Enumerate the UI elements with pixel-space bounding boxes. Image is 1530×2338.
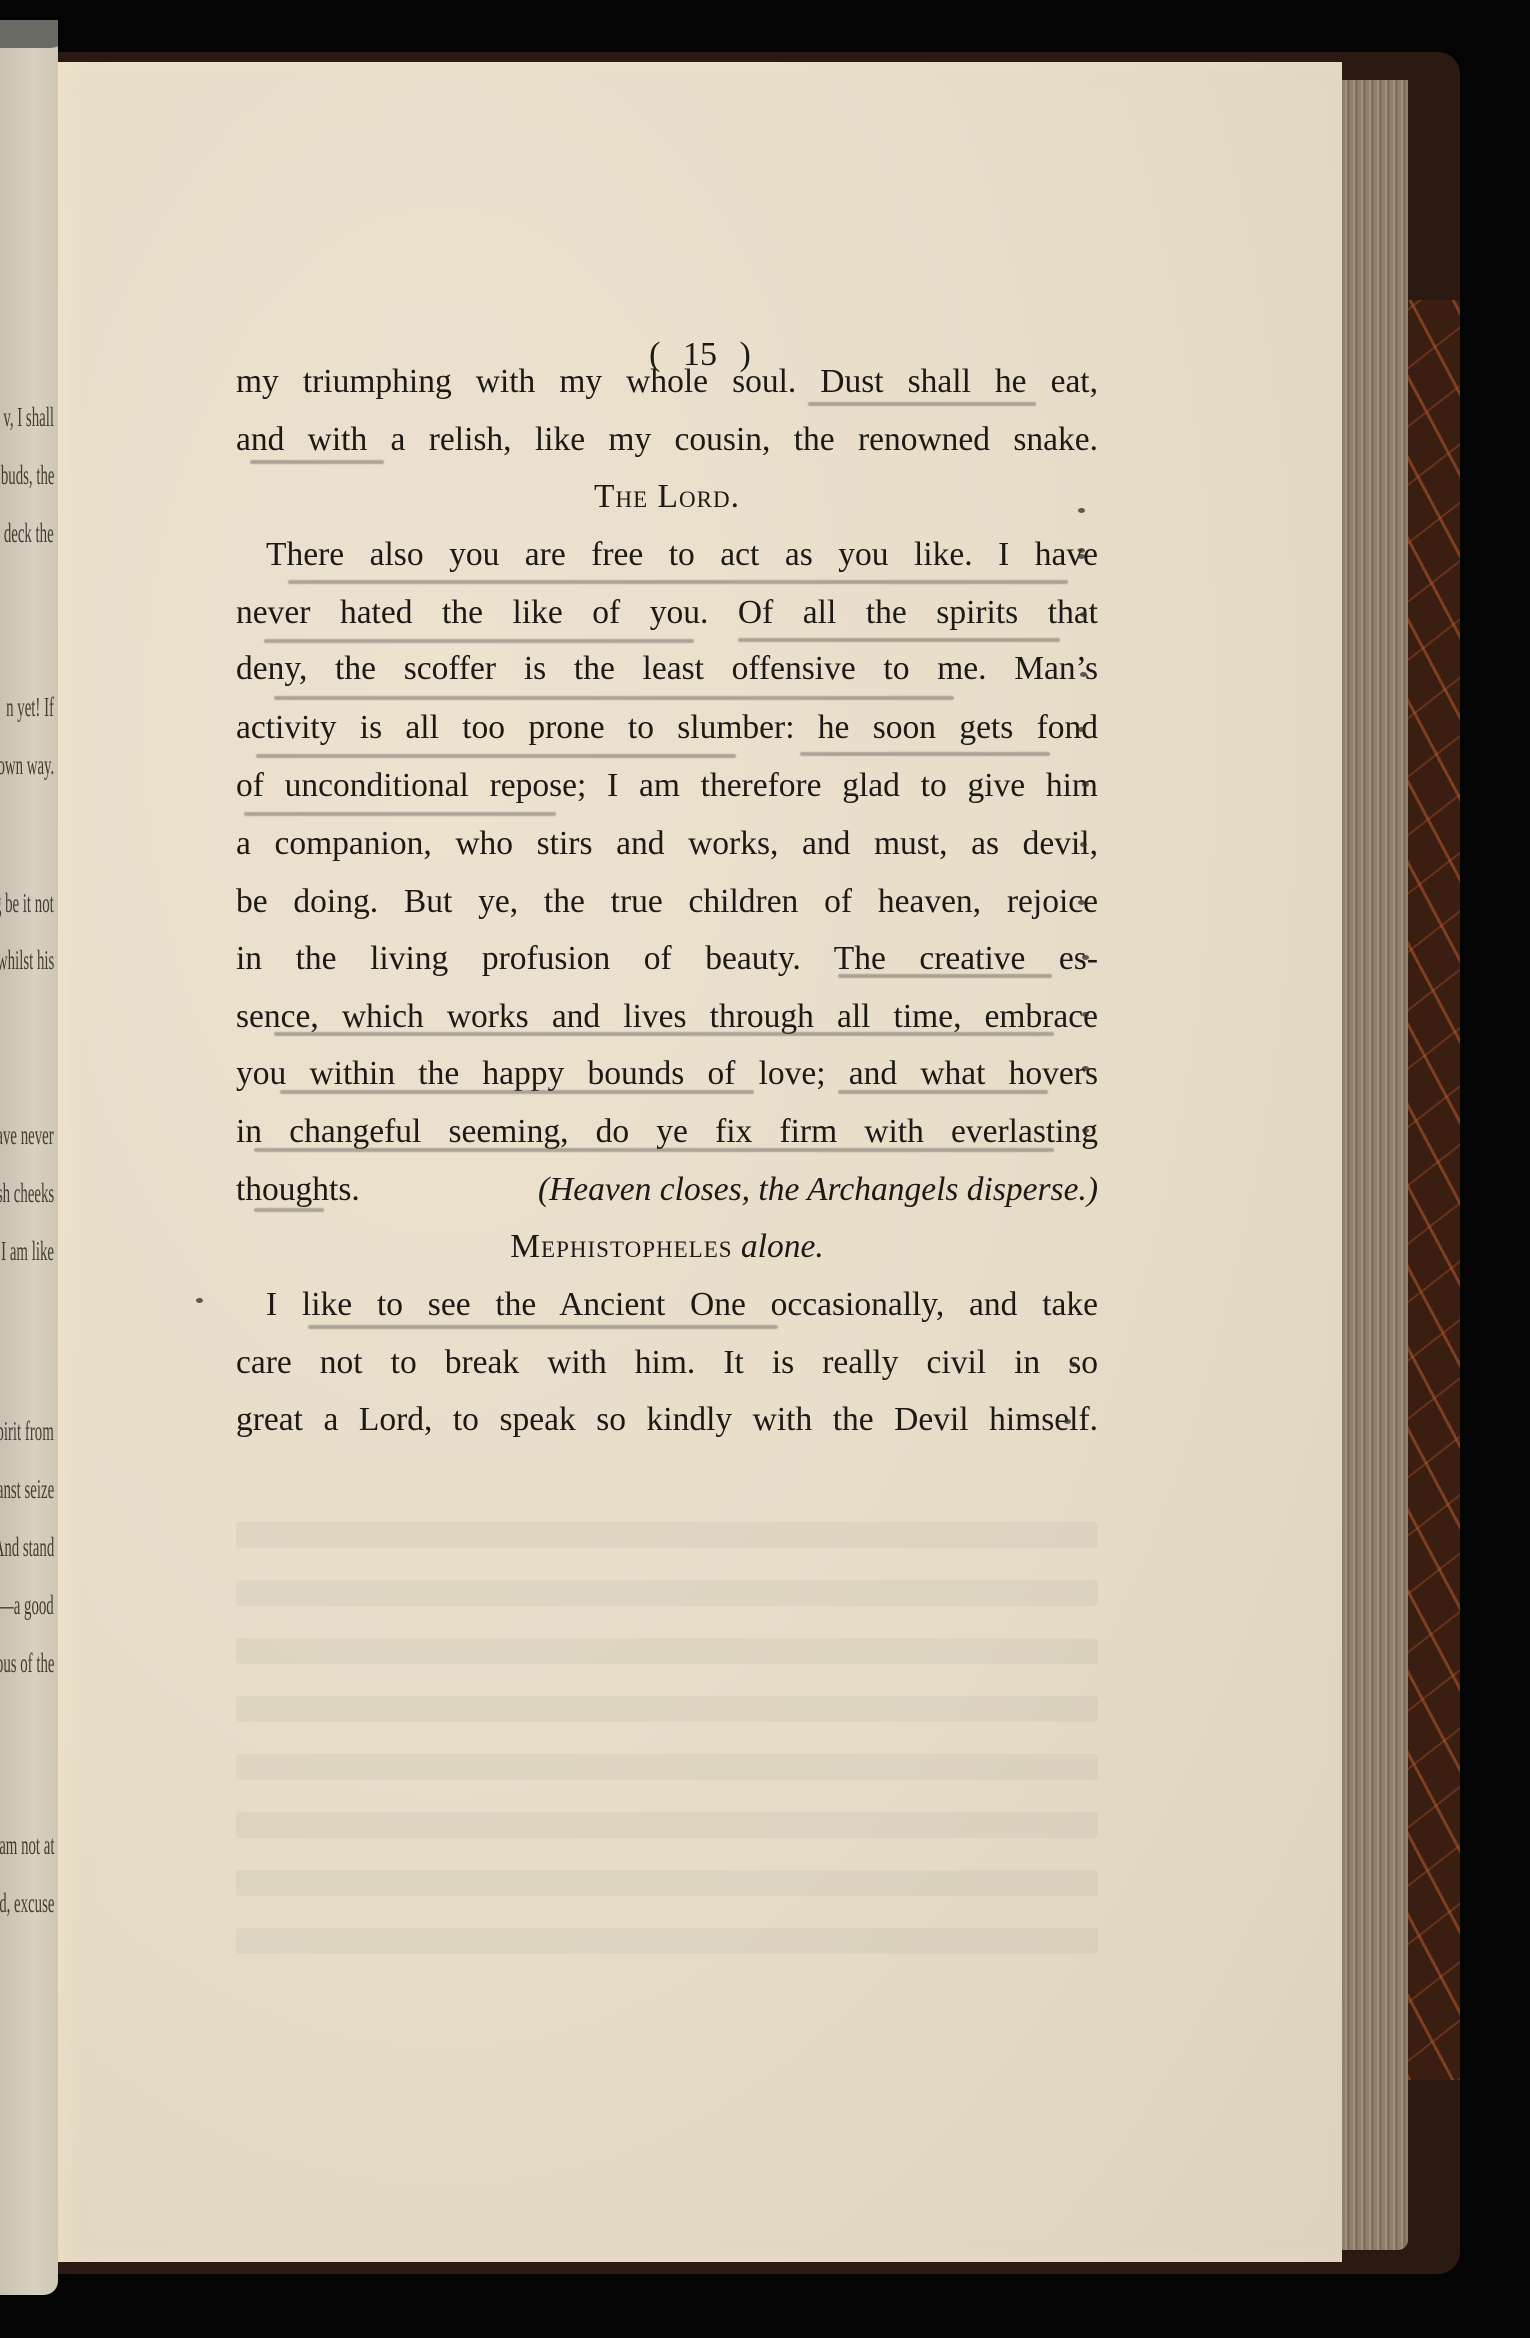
pencil-underline [264, 639, 694, 643]
pencil-underline [254, 1208, 324, 1212]
text-line: never hated the like of you. Of all the … [236, 593, 1098, 633]
pencil-underline [838, 1090, 1048, 1094]
speaker-heading: The Lord. [236, 477, 1098, 517]
bleed-through [236, 1696, 1098, 1722]
text-line: of unconditional repose; I am therefore … [236, 766, 1098, 806]
pencil-underline [800, 752, 1050, 756]
margin-mark [1078, 508, 1085, 513]
speaker-heading: Mephistopheles alone. [236, 1227, 1098, 1267]
left-page-fragment: spirit from [0, 1416, 54, 1447]
pencil-underline [274, 1032, 1054, 1036]
margin-mark [196, 1298, 203, 1303]
left-page-fragment: ous of the [0, 1648, 54, 1679]
marbled-cover-edge [1408, 300, 1460, 2080]
left-page-fragment: v, I shall [3, 402, 54, 433]
left-page-fragment: deck the [4, 518, 54, 549]
margin-mark [1070, 1362, 1077, 1367]
bleed-through [236, 1870, 1098, 1896]
bleed-through [236, 1928, 1098, 1954]
book-page: ( 15 ) my triumphing with my whole soul.… [58, 62, 1342, 2262]
left-page-fragment: —a good [0, 1590, 54, 1621]
pencil-underline [838, 974, 1052, 978]
pencil-underline [280, 1090, 754, 1094]
margin-mark [1082, 1066, 1089, 1071]
pencil-underline [288, 580, 1068, 584]
margin-mark [1082, 1128, 1089, 1133]
bleed-through [236, 1754, 1098, 1780]
text-fragment: thoughts. [236, 1170, 360, 1210]
margin-mark [1080, 612, 1087, 617]
pencil-underline [254, 1148, 1054, 1152]
margin-mark [1078, 727, 1085, 732]
text-line: thoughts. (Heaven closes, the Archangels… [236, 1170, 1098, 1210]
left-page-fragment: n yet! If [6, 692, 54, 723]
text-line: my triumphing with my whole soul. Dust s… [236, 362, 1098, 402]
text-line: in changeful seeming, do ye fix firm wit… [236, 1112, 1098, 1152]
pencil-underline [244, 812, 556, 816]
pencil-underline [250, 460, 384, 464]
left-page-fragment: d, excuse [0, 1888, 54, 1919]
left-page-fragment: And stand [0, 1532, 54, 1563]
stage-direction: (Heaven closes, the Archangels disperse.… [538, 1170, 1098, 1210]
left-page-fragment: buds, the [0, 460, 54, 491]
margin-mark [1080, 842, 1087, 847]
margin-mark [1082, 782, 1089, 787]
left-page-fragment: esh cheeks [0, 1178, 54, 1209]
left-page-fragment: g be it not [0, 888, 54, 919]
margin-mark [1078, 554, 1085, 559]
margin-mark [1078, 548, 1085, 553]
left-page-fragment: canst seize [0, 1474, 54, 1505]
text-line: activity is all too prone to slumber: he… [236, 708, 1098, 748]
left-page-fragment: own way. [0, 750, 54, 781]
margin-mark [1082, 1012, 1089, 1017]
text-line: and with a relish, like my cousin, the r… [236, 420, 1098, 460]
bleed-through [236, 1522, 1098, 1548]
text-line: There also you are free to act as you li… [266, 535, 1098, 575]
page-edges [1342, 80, 1408, 2250]
book-clip [0, 20, 58, 48]
pencil-underline [274, 696, 954, 700]
text-line: a companion, who stirs and works, and mu… [236, 824, 1098, 864]
bleed-through [236, 1580, 1098, 1606]
text-line: in the living profusion of beauty. The c… [236, 939, 1098, 979]
margin-mark [1080, 672, 1087, 677]
text-line: sence, which works and lives through all… [236, 997, 1098, 1037]
text-line: you within the happy bounds of love; and… [236, 1054, 1098, 1094]
bleed-through [236, 1638, 1098, 1664]
margin-mark [1082, 955, 1089, 960]
facing-left-page: v, I shallbuds, thedeck then yet! Ifown … [0, 20, 58, 2295]
text-line: deny, the scoffer is the least offensive… [236, 649, 1098, 689]
left-page-fragment: whilst his [0, 945, 54, 976]
pencil-underline [738, 638, 1060, 642]
speaker-note: alone. [741, 1228, 824, 1265]
left-page-fragment: I am like [1, 1236, 54, 1267]
speaker-name: Mephistopheles [510, 1228, 732, 1265]
margin-mark [1078, 900, 1085, 905]
left-page-fragment: am not at [0, 1830, 54, 1861]
pencil-underline [256, 754, 736, 758]
left-page-fragment: have never [0, 1120, 54, 1151]
text-line: care not to break with him. It is really… [236, 1343, 1098, 1383]
pencil-underline [308, 1325, 778, 1329]
text-line: I like to see the Ancient One occasional… [266, 1285, 1098, 1325]
text-line: great a Lord, to speak so kindly with th… [236, 1400, 1098, 1440]
bleed-through [236, 1812, 1098, 1838]
text-line: be doing. But ye, the true children of h… [236, 882, 1098, 922]
pencil-underline [808, 402, 1036, 406]
margin-mark [1064, 1419, 1071, 1424]
